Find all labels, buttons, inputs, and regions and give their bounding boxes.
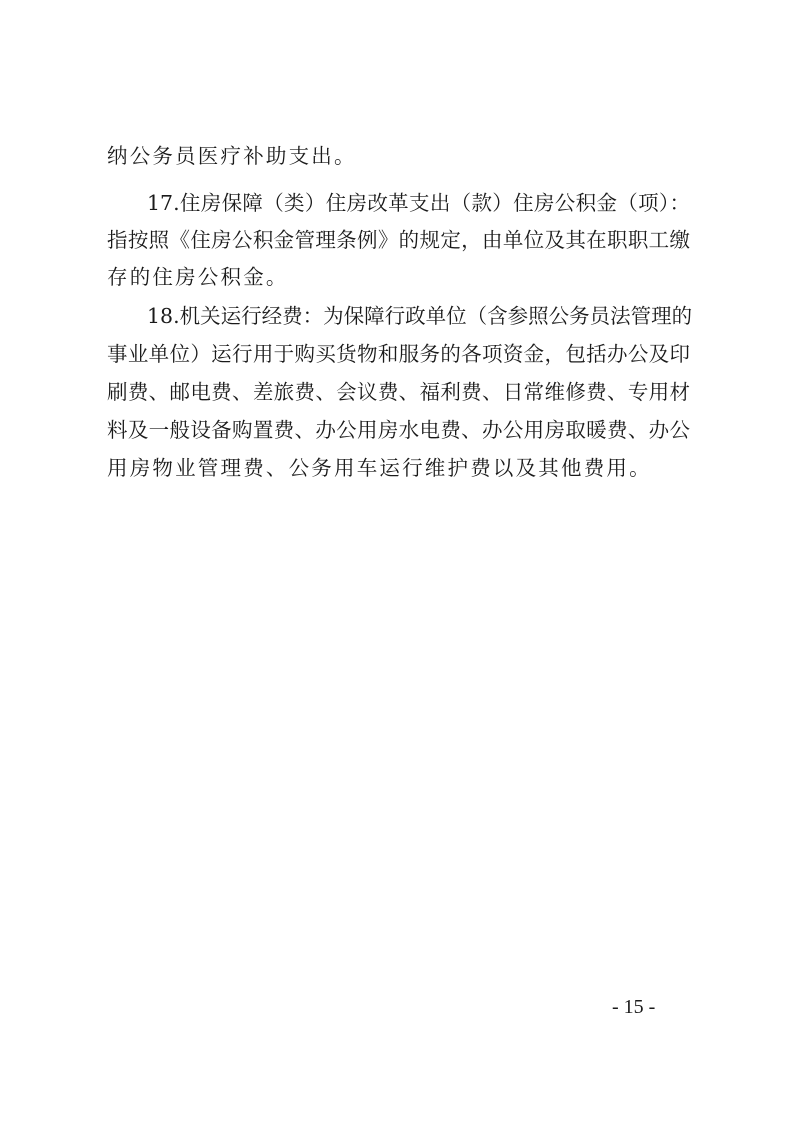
paragraph-18-line-3: 刷费、邮电费、差旅费、会议费、福利费、日常维修费、专用材 [107,378,690,406]
paragraph-18-line-1: 18.机关运行经费：为保障行政单位（含参照公务员法管理的 [147,302,690,330]
paragraph-16-tail: 纳公务员医疗补助支出。 [107,142,690,170]
paragraph-18-line-5: 用房物业管理费、公务用车运行维护费以及其他费用。 [107,454,690,482]
paragraph-18-line-4: 料及一般设备购置费、办公用房水电费、办公用房取暖费、办公 [107,416,690,444]
paragraph-18-line-2: 事业单位）运行用于购买货物和服务的各项资金，包括办公及印 [107,340,690,368]
document-page: 纳公务员医疗补助支出。 17.住房保障（类）住房改革支出（款）住房公积金（项）：… [0,0,793,1122]
paragraph-17-line-1: 17.住房保障（类）住房改革支出（款）住房公积金（项）： [147,189,690,217]
paragraph-17-line-2: 指按照《住房公积金管理条例》的规定，由单位及其在职职工缴 [107,226,690,254]
paragraph-17-line-3: 存的住房公积金。 [107,263,690,291]
page-number: - 15 - [612,996,655,1019]
